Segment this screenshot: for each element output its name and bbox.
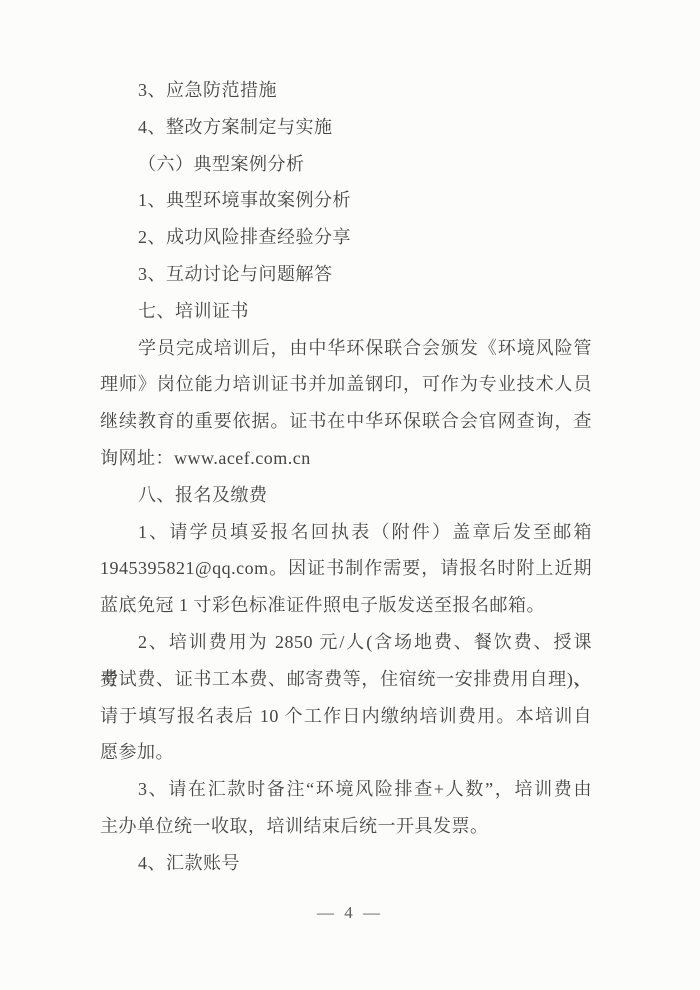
page-number: — 4 — — [0, 903, 700, 923]
text-line: 考试费、证书工本费、邮寄费等，住宿统一安排费用自理)， — [100, 661, 592, 698]
text-line: 理师》岗位能力培训证书并加盖钢印，可作为专业技术人员 — [100, 366, 592, 403]
text-line: 4、汇款账号 — [100, 845, 592, 882]
text-line: 愿参加。 — [100, 734, 592, 771]
document-page: 3、应急防范措施4、整改方案制定与实施（六）典型案例分析1、典型环境事故案例分析… — [0, 0, 700, 990]
text-line: 请于填写报名表后 10 个工作日内缴纳培训费用。本培训自 — [100, 698, 592, 735]
text-line: 2、培训费用为 2850 元/人(含场地费、餐饮费、授课费、 — [100, 624, 592, 661]
text-line: 蓝底免冠 1 寸彩色标准证件照电子版发送至报名邮箱。 — [100, 587, 592, 624]
text-line: 4、整改方案制定与实施 — [100, 109, 592, 146]
text-line: 3、请在汇款时备注“环境风险排查+人数”，培训费由 — [100, 771, 592, 808]
text-line: 1945395821@qq.com。因证书制作需要，请报名时附上近期 — [100, 550, 592, 587]
text-line: 询网址：www.acef.com.cn — [100, 440, 592, 477]
text-line: 1、典型环境事故案例分析 — [100, 182, 592, 219]
text-line: 八、报名及缴费 — [100, 477, 592, 514]
text-line: 学员完成培训后，由中华环保联合会颁发《环境风险管 — [100, 330, 592, 367]
text-line: 1、请学员填妥报名回执表（附件）盖章后发至邮箱 — [100, 514, 592, 551]
text-line: 继续教育的重要依据。证书在中华环保联合会官网查询，查 — [100, 403, 592, 440]
text-line: 3、应急防范措施 — [100, 72, 592, 109]
document-body: 3、应急防范措施4、整改方案制定与实施（六）典型案例分析1、典型环境事故案例分析… — [100, 72, 592, 882]
text-line: （六）典型案例分析 — [100, 146, 592, 183]
text-line: 七、培训证书 — [100, 293, 592, 330]
text-line: 主办单位统一收取，培训结束后统一开具发票。 — [100, 808, 592, 845]
text-line: 3、互动讨论与问题解答 — [100, 256, 592, 293]
text-line: 2、成功风险排查经验分享 — [100, 219, 592, 256]
